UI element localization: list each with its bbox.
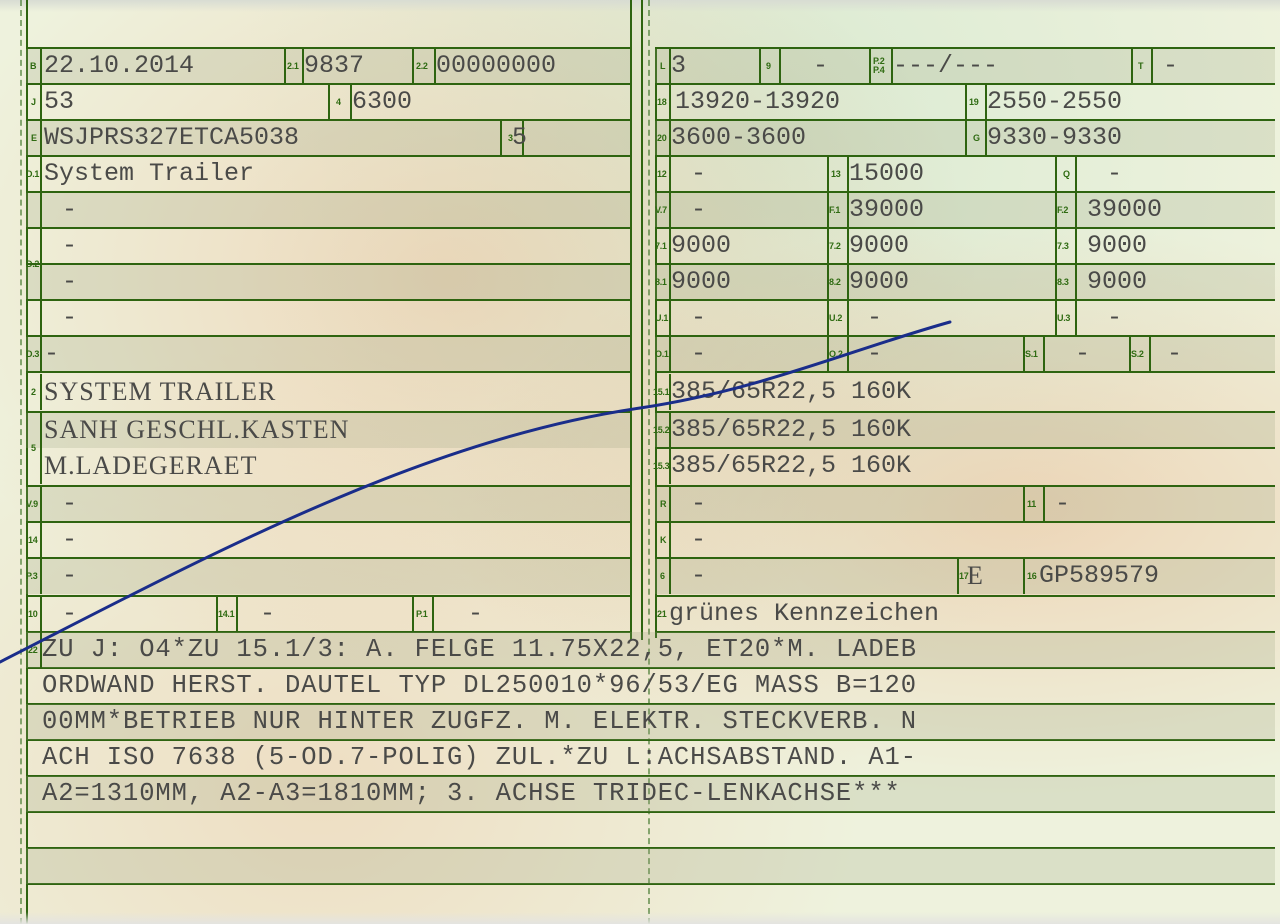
- field-row-6: 6 - 17 E 16 GP589579: [655, 558, 1275, 594]
- permitted-axle-load-3: 9000: [1087, 264, 1147, 300]
- emission-code: -: [260, 596, 275, 632]
- field-label: F.2: [1057, 192, 1068, 228]
- tyre-axle-3: 385/65R22,5 160K: [671, 448, 911, 484]
- field-row-R: R - 11 -: [655, 486, 1275, 522]
- remark-line: ACH ISO 7638 (5-OD.7-POLIG) ZUL.*ZU L:AC…: [42, 740, 917, 776]
- field-label: S.1: [1025, 336, 1038, 372]
- field-row-7: 7.1 9000 7.2 9000 7.3 9000: [655, 228, 1275, 264]
- permitted-axle-load-1: 9000: [671, 264, 731, 300]
- emission-class: -: [62, 486, 77, 522]
- field-label: 5: [31, 430, 36, 466]
- field-row-D2-2: -: [26, 228, 630, 264]
- field-label: 8.1: [655, 264, 667, 300]
- remark-line: ORDWAND HERST. DAUTEL TYP DL250010*96/53…: [42, 668, 917, 704]
- field-row-D2-3: D.2 -: [26, 264, 630, 300]
- axle-load-3: 9000: [1087, 228, 1147, 264]
- vehicle-type-description: SANH GESCHL.KASTEN: [44, 412, 349, 448]
- driven-axles: -: [813, 48, 828, 84]
- field-label: V.9: [26, 486, 38, 522]
- field-label: 7.1: [655, 228, 667, 264]
- fuel-type: -: [62, 558, 77, 594]
- remark-line: ZU J: O4*ZU 15.1/3: A. FELGE 11.75X22,5,…: [42, 632, 917, 668]
- field-row-10: 10 - 14.1 - P.1 -: [26, 596, 630, 632]
- tank-volume: -: [691, 156, 706, 192]
- field-label: 2.1: [287, 48, 299, 84]
- field-row-V9: V.9 -: [26, 486, 630, 522]
- field-label: 15.2: [653, 412, 669, 448]
- field-row-5b: 5 M.LADEGERAET: [26, 448, 630, 484]
- axle-load-2: 9000: [849, 228, 909, 264]
- field-label: B: [30, 48, 36, 84]
- field-label: 19: [969, 84, 978, 120]
- perforation-line-left: [20, 0, 22, 924]
- field-label: K: [660, 522, 666, 558]
- field-label: L: [660, 48, 665, 84]
- axle-load-1: 9000: [671, 228, 731, 264]
- fuel-code: -: [62, 596, 77, 632]
- field-label: G: [973, 120, 980, 156]
- field-row-15-2: 15.2 385/65R22,5 160K: [655, 412, 1275, 448]
- field-label: 2.2: [416, 48, 428, 84]
- field-row-12: 12 - 13 15000 Q -: [655, 156, 1275, 192]
- type-variant: -: [62, 300, 77, 336]
- field-row-2: 2 SYSTEM TRAILER: [26, 374, 630, 410]
- field-label: 13: [831, 156, 840, 192]
- field-label: Q: [1063, 156, 1070, 192]
- displacement: -: [468, 596, 483, 632]
- field-row-8: 8.1 9000 8.2 9000 8.3 9000: [655, 264, 1275, 300]
- field-row-D2-1: -: [26, 192, 630, 228]
- make: System Trailer: [44, 156, 254, 192]
- field-row-21: 21 grünes Kennzeichen: [655, 596, 1275, 632]
- seats: -: [1075, 336, 1090, 372]
- field-label: 7.3: [1057, 228, 1069, 264]
- axle-count: 3: [671, 48, 686, 84]
- field-label: S.2: [1131, 336, 1144, 372]
- field-label: U.3: [1057, 300, 1070, 336]
- scan-edge-top: [0, 0, 1280, 12]
- field-label: 14.1: [218, 596, 234, 632]
- field-label: P.1: [416, 596, 427, 632]
- manufacturer-name: SYSTEM TRAILER: [44, 374, 276, 410]
- field-row-14: 14 -: [26, 522, 630, 558]
- towable-unbraked: -: [867, 336, 882, 372]
- field-row-15-3: 15.3 385/65R22,5 160K: [655, 448, 1275, 484]
- power-weight: -: [1107, 156, 1122, 192]
- scan-edge-bottom: [0, 912, 1280, 924]
- field-label: 22: [28, 632, 37, 668]
- field-label: D.1: [26, 156, 39, 192]
- field-label: 4: [336, 84, 341, 120]
- vin-check-digit: 5: [512, 120, 527, 156]
- field-label: P.2P.4: [873, 48, 884, 84]
- max-speed: -: [1163, 48, 1178, 84]
- noise-rpm: -: [867, 300, 882, 336]
- co2: -: [691, 192, 706, 228]
- frame-line: [641, 0, 643, 640]
- field-label: 6: [660, 558, 665, 594]
- field-row-V7: V.7 - F.1 39000 F.2 39000: [655, 192, 1275, 228]
- field-row-D2-4: -: [26, 300, 630, 336]
- field-label: V.7: [655, 192, 667, 228]
- field-label: 8.3: [1057, 264, 1069, 300]
- field-row-18: 18 13920-13920 19 2550-2550: [655, 84, 1275, 120]
- field-label: 8.2: [829, 264, 841, 300]
- max-mass: 39000: [849, 192, 924, 228]
- field-label: F.1: [829, 192, 840, 228]
- approval-date: -: [691, 558, 706, 594]
- field-row-20: 20 3600-3600 G 9330-9330: [655, 120, 1275, 156]
- permitted-mass: 39000: [1087, 192, 1162, 228]
- field-label: P.3: [26, 558, 37, 594]
- field-label: 7.2: [829, 228, 841, 264]
- field-label: O.1: [655, 336, 669, 372]
- field-row-B: B 22.10.2014 2.1 9837 2.2 00000000: [26, 48, 630, 84]
- field-label: 11: [1027, 486, 1036, 522]
- field-row-J: J 53 4 6300: [26, 84, 630, 120]
- vin-number: WSJPRS327ETCA5038: [44, 120, 299, 156]
- field-row-L: L 3 9 - P.2P.4 ---/--- T -: [655, 48, 1275, 84]
- vehicle-type-description: M.LADEGERAET: [44, 448, 257, 484]
- field-label: U.1: [655, 300, 668, 336]
- body-type-code: 6300: [352, 84, 412, 120]
- power-ratio: ---/---: [893, 48, 998, 84]
- remark-line: 00MM*BETRIEB NUR HINTER ZUGFZ. M. ELEKTR…: [42, 704, 917, 740]
- remark-line: A2=1310MM, A2-A3=1810MM; 3. ACHSE TRIDEC…: [42, 776, 901, 812]
- field-label: 20: [657, 120, 666, 156]
- field-label: 15.3: [653, 448, 669, 484]
- type-approval-number: -: [691, 522, 706, 558]
- field-label: T: [1138, 48, 1143, 84]
- vehicle-class: 53: [44, 84, 74, 120]
- color: -: [691, 486, 706, 522]
- noise-stationary: -: [691, 300, 706, 336]
- field-label: 12: [657, 156, 666, 192]
- field-row-E: E WSJPRS327ETCA5038 3 5: [26, 120, 630, 156]
- width: 2550-2550: [987, 84, 1122, 120]
- color-code: -: [1055, 486, 1070, 522]
- field-label: O.2: [829, 336, 843, 372]
- field-label: 2: [31, 374, 36, 410]
- type-variant: -: [62, 192, 77, 228]
- standing-places: -: [1167, 336, 1182, 372]
- height: 3600-3600: [671, 120, 806, 156]
- field-label: 10: [28, 596, 37, 632]
- type-variant: -: [62, 228, 77, 264]
- field-label: J: [31, 84, 36, 120]
- emission-directive: -: [62, 522, 77, 558]
- tyre-axle-2: 385/65R22,5 160K: [671, 412, 911, 448]
- support-load: 15000: [849, 156, 924, 192]
- field-label: 14: [28, 522, 37, 558]
- field-label: 15.1: [653, 374, 669, 410]
- permitted-axle-load-2: 9000: [849, 264, 909, 300]
- field-row-D3: D.3 -: [26, 336, 630, 372]
- field-row-K: K -: [655, 522, 1275, 558]
- type-code: 00000000: [436, 48, 556, 84]
- towable-braked: -: [691, 336, 706, 372]
- field-row-5a: SANH GESCHL.KASTEN: [26, 412, 630, 448]
- operating-permit-code: E: [967, 558, 984, 594]
- manufacturer-code: 9837: [304, 48, 364, 84]
- field-row-U: U.1 - U.2 - U.3 -: [655, 300, 1275, 336]
- field-label: R: [660, 486, 666, 522]
- remarks-plate: grünes Kennzeichen: [669, 596, 939, 632]
- field-row-D1: D.1 System Trailer: [26, 156, 630, 192]
- field-label: 16: [1027, 558, 1036, 594]
- document-number: GP589579: [1039, 558, 1159, 594]
- field-row-P3: P.3 -: [26, 558, 630, 594]
- length: 13920-13920: [675, 84, 840, 120]
- empty-mass: 9330-9330: [987, 120, 1122, 156]
- type-variant: -: [62, 264, 77, 300]
- trade-name: -: [44, 336, 59, 372]
- noise-driving: -: [1107, 300, 1122, 336]
- registration-date: 22.10.2014: [44, 48, 194, 84]
- tyre-axle-1: 385/65R22,5 160K: [671, 374, 911, 410]
- field-label: E: [31, 120, 37, 156]
- field-label: 9: [766, 48, 771, 84]
- field-label: D.3: [26, 336, 39, 372]
- frame-line: [630, 0, 632, 640]
- field-label: U.2: [829, 300, 842, 336]
- field-label: 18: [657, 84, 666, 120]
- field-label: 21: [657, 596, 666, 632]
- field-row-15-1: 15.1 385/65R22,5 160K: [655, 374, 1275, 410]
- field-row-O: O.1 - O.2 - S.1 - S.2 -: [655, 336, 1275, 372]
